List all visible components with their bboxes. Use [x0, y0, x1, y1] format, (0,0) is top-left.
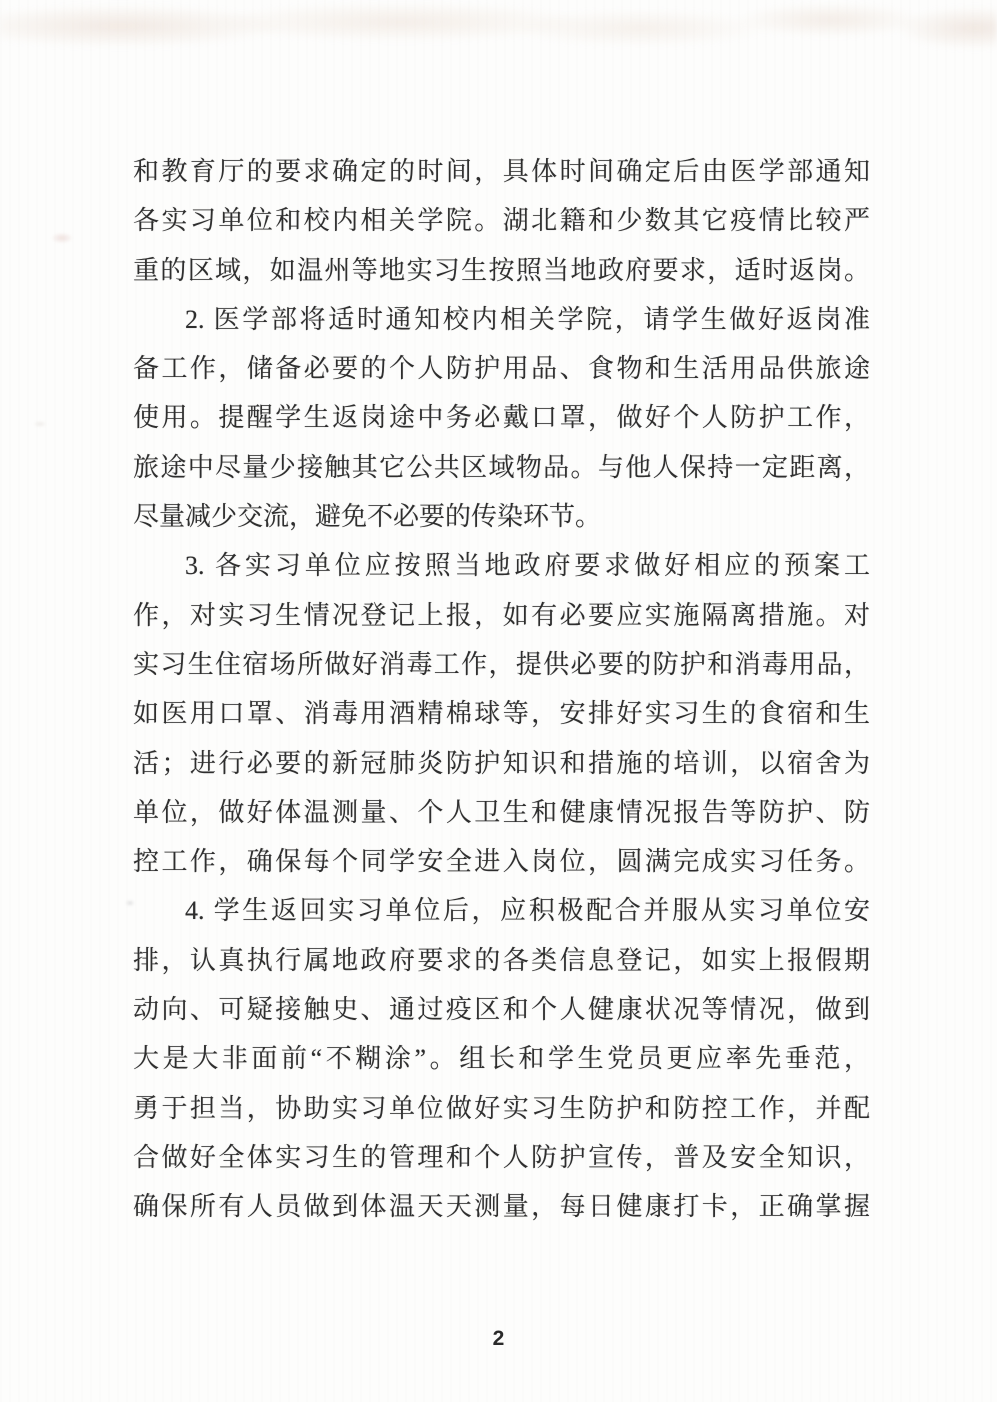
text-line: 大是大非面前“不糊涂”。组长和学生党员更应率先垂范，: [133, 1034, 870, 1083]
text-line: 排，认真执行属地政府要求的各类信息登记，如实上报假期: [133, 936, 870, 985]
text-line-item-2-start: 2. 医学部将适时通知校内相关学院，请学生做好返岗准: [133, 295, 870, 344]
text-line-item-4-start: 4. 学生返回实习单位后，应积极配合并服从实习单位安: [133, 886, 870, 935]
text-line: 确保所有人员做到体温天天测量，每日健康打卡，正确掌握: [133, 1182, 870, 1231]
text-line: 旅途中尽量少接触其它公共区域物品。与他人保持一定距离，: [133, 443, 870, 492]
text-line: 动向、可疑接触史、通过疫区和个人健康状况等情况，做到: [133, 985, 870, 1034]
scan-smudge-band: [0, 0, 997, 75]
text-line: 实习生住宿场所做好消毒工作，提供必要的防护和消毒用品，: [133, 640, 870, 689]
text-line: 活；进行必要的新冠肺炎防护知识和措施的培训，以宿舍为: [133, 739, 870, 788]
page-number: 2: [0, 1327, 997, 1351]
text-line: 控工作，确保每个同学安全进入岗位，圆满完成实习任务。: [133, 837, 870, 886]
text-line: 使用。提醒学生返岗途中务必戴口罩，做好个人防护工作，: [133, 393, 870, 442]
text-line: 备工作，储备必要的个人防护用品、食物和生活用品供旅途: [133, 344, 870, 393]
text-line: 单位，做好体温测量、个人卫生和健康情况报告等防护、防: [133, 788, 870, 837]
text-line: 重的区域，如温州等地实习生按照当地政府要求，适时返岗。: [133, 246, 870, 295]
text-line: 各实习单位和校内相关学院。湖北籍和少数其它疫情比较严: [133, 196, 870, 245]
text-line: 如医用口罩、消毒用酒精棉球等，安排好实习生的食宿和生: [133, 689, 870, 738]
text-line: 和教育厅的要求确定的时间，具体时间确定后由医学部通知: [133, 147, 870, 196]
text-line: 作，对实习生情况登记上报，如有必要应实施隔离措施。对: [133, 591, 870, 640]
scanned-document-page: 和教育厅的要求确定的时间，具体时间确定后由医学部通知 各实习单位和校内相关学院。…: [0, 0, 997, 1402]
text-line-item-3-start: 3. 各实习单位应按照当地政府要求做好相应的预案工: [133, 541, 870, 590]
text-line-paragraph-end: 尽量减少交流，避免不必要的传染环节。: [133, 492, 870, 541]
document-body: 和教育厅的要求确定的时间，具体时间确定后由医学部通知 各实习单位和校内相关学院。…: [133, 147, 870, 1232]
text-line: 勇于担当，协助实习单位做好实习生防护和防控工作，并配: [133, 1084, 870, 1133]
text-line: 合做好全体实习生的管理和个人防护宣传，普及安全知识，: [133, 1133, 870, 1182]
